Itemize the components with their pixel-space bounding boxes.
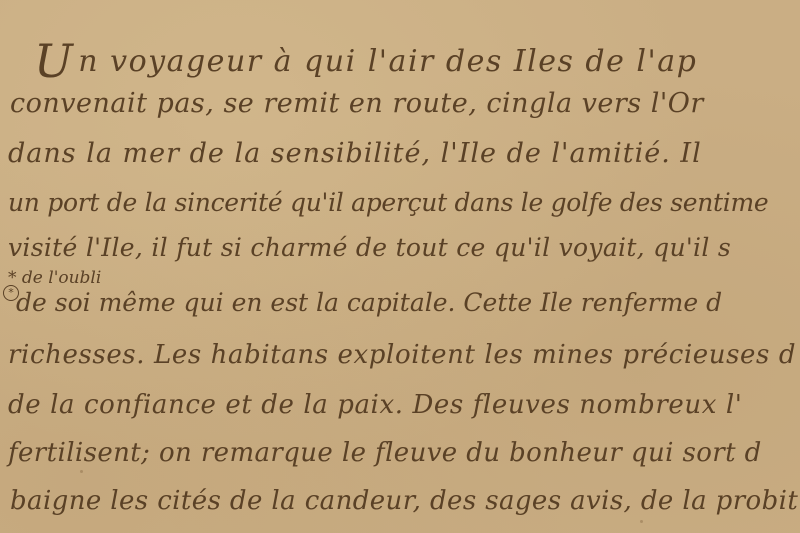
manuscript-line-6: de soi même qui en est la capitale. Cett… — [16, 290, 722, 315]
paper-speck — [640, 520, 643, 523]
manuscript-line-8: de la confiance et de la paix. Des fleuv… — [8, 392, 743, 418]
manuscript-line-3: dans la mer de la sensibilité, l'Ile de … — [8, 140, 702, 167]
manuscript-line-4: un port de la sincerité qu'il aperçut da… — [8, 190, 768, 215]
manuscript-line-1: Un voyageur à qui l'air des Iles de l'ap — [34, 38, 697, 84]
manuscript-line-9: fertilisent; on remarque le fleuve du bo… — [8, 440, 762, 466]
annotation-text: de l'oubli — [22, 268, 101, 288]
manuscript-line-5: visité l'Ile, il fut si charmé de tout c… — [8, 235, 731, 260]
manuscript-page: Un voyageur à qui l'air des Iles de l'ap… — [0, 0, 800, 533]
drop-cap: U — [34, 34, 74, 88]
paper-speck — [80, 470, 83, 473]
marginal-annotation: * de l'oubli — [8, 268, 101, 288]
manuscript-line-7: richesses. Les habitans exploitent les m… — [8, 342, 796, 368]
manuscript-line-10: baigne les cités de la candeur, des sage… — [10, 488, 798, 514]
line-text: n voyageur à qui l'air des Iles de l'ap — [78, 44, 697, 79]
manuscript-line-2: convenait pas, se remit en route, cingla… — [10, 90, 704, 117]
